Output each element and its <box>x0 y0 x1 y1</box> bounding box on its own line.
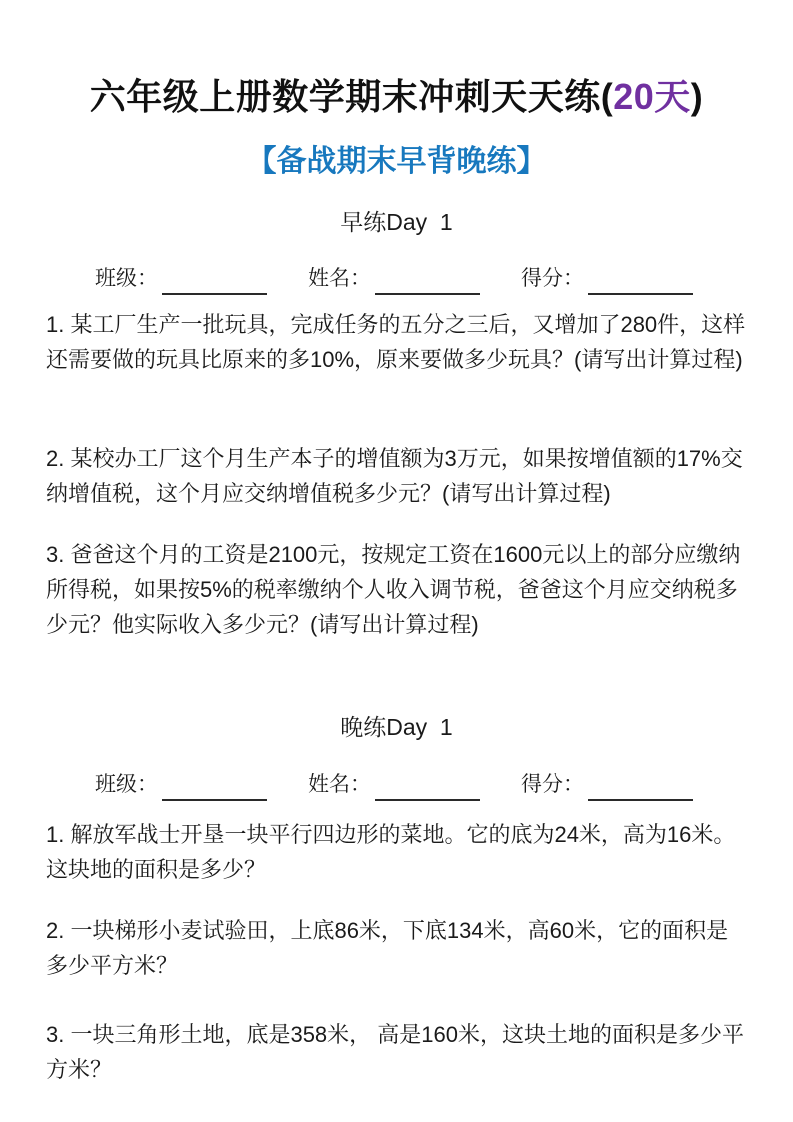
score-field: 得分： <box>521 769 693 801</box>
name-field-label: 姓名： <box>308 263 371 295</box>
name-field: 姓名： <box>308 263 480 295</box>
score-field: 得分： <box>521 263 693 295</box>
page-title: 六年级上册数学期末冲刺天天练(20天) <box>46 74 747 119</box>
worksheet-page: 六年级上册数学期末冲刺天天练(20天) 【备战期末早背晚练】 早练Day 1 班… <box>0 0 793 1122</box>
score-field-label: 得分： <box>521 769 584 801</box>
class-field: 班级： <box>95 263 267 295</box>
section-morning-practice: 早练Day 1 班级： 姓名： 得分： 1. 某工厂生产一批玩具，完成任务的五分… <box>46 206 747 642</box>
class-field-blank-line <box>162 773 267 801</box>
name-field: 姓名： <box>308 769 480 801</box>
score-field-blank-line <box>588 267 693 295</box>
section-evening-practice: 晚练Day 1 班级： 姓名： 得分： 1. 解放军战士开垦一块平行四边形的菜地… <box>46 710 747 1087</box>
page-title-suffix: ) <box>691 76 704 117</box>
evening-problem-3: 3. 一块三角形土地，底是358米， 高是160米，这块土地的面积是多少平方米？ <box>46 1017 747 1087</box>
class-field-label: 班级： <box>95 769 158 801</box>
name-field-blank-line <box>375 773 480 801</box>
morning-section-heading: 早练Day 1 <box>46 206 747 238</box>
page-subtitle: 【备战期末早背晚练】 <box>46 143 747 181</box>
name-field-label: 姓名： <box>308 769 371 801</box>
morning-fields-row: 班级： 姓名： 得分： <box>95 261 693 295</box>
class-field: 班级： <box>95 769 267 801</box>
score-field-label: 得分： <box>521 263 584 295</box>
evening-section-heading: 晚练Day 1 <box>46 710 747 744</box>
evening-problem-2: 2. 一块梯形小麦试验田，上底86米，下底134米，高60米，它的面积是多少平方… <box>46 913 747 983</box>
morning-problem-3: 3. 爸爸这个月的工资是2100元，按规定工资在1600元以上的部分应缴纳所得税… <box>46 537 747 642</box>
page-title-prefix: 六年级上册数学期末冲刺天天练( <box>90 76 614 117</box>
evening-fields-row: 班级： 姓名： 得分： <box>95 767 693 801</box>
evening-problem-1: 1. 解放军战士开垦一块平行四边形的菜地。它的底为24米，高为16米。这块地的面… <box>46 817 747 887</box>
name-field-blank-line <box>375 267 480 295</box>
class-field-blank-line <box>162 267 267 295</box>
morning-problem-1: 1. 某工厂生产一批玩具，完成任务的五分之三后，又增加了280件，这样还需要做的… <box>46 307 747 377</box>
page-title-highlight: 20天 <box>613 76 691 117</box>
score-field-blank-line <box>588 773 693 801</box>
class-field-label: 班级： <box>95 263 158 295</box>
morning-problem-2: 2. 某校办工厂这个月生产本子的增值额为3万元，如果按增值额的17%交纳增值税，… <box>46 441 747 511</box>
